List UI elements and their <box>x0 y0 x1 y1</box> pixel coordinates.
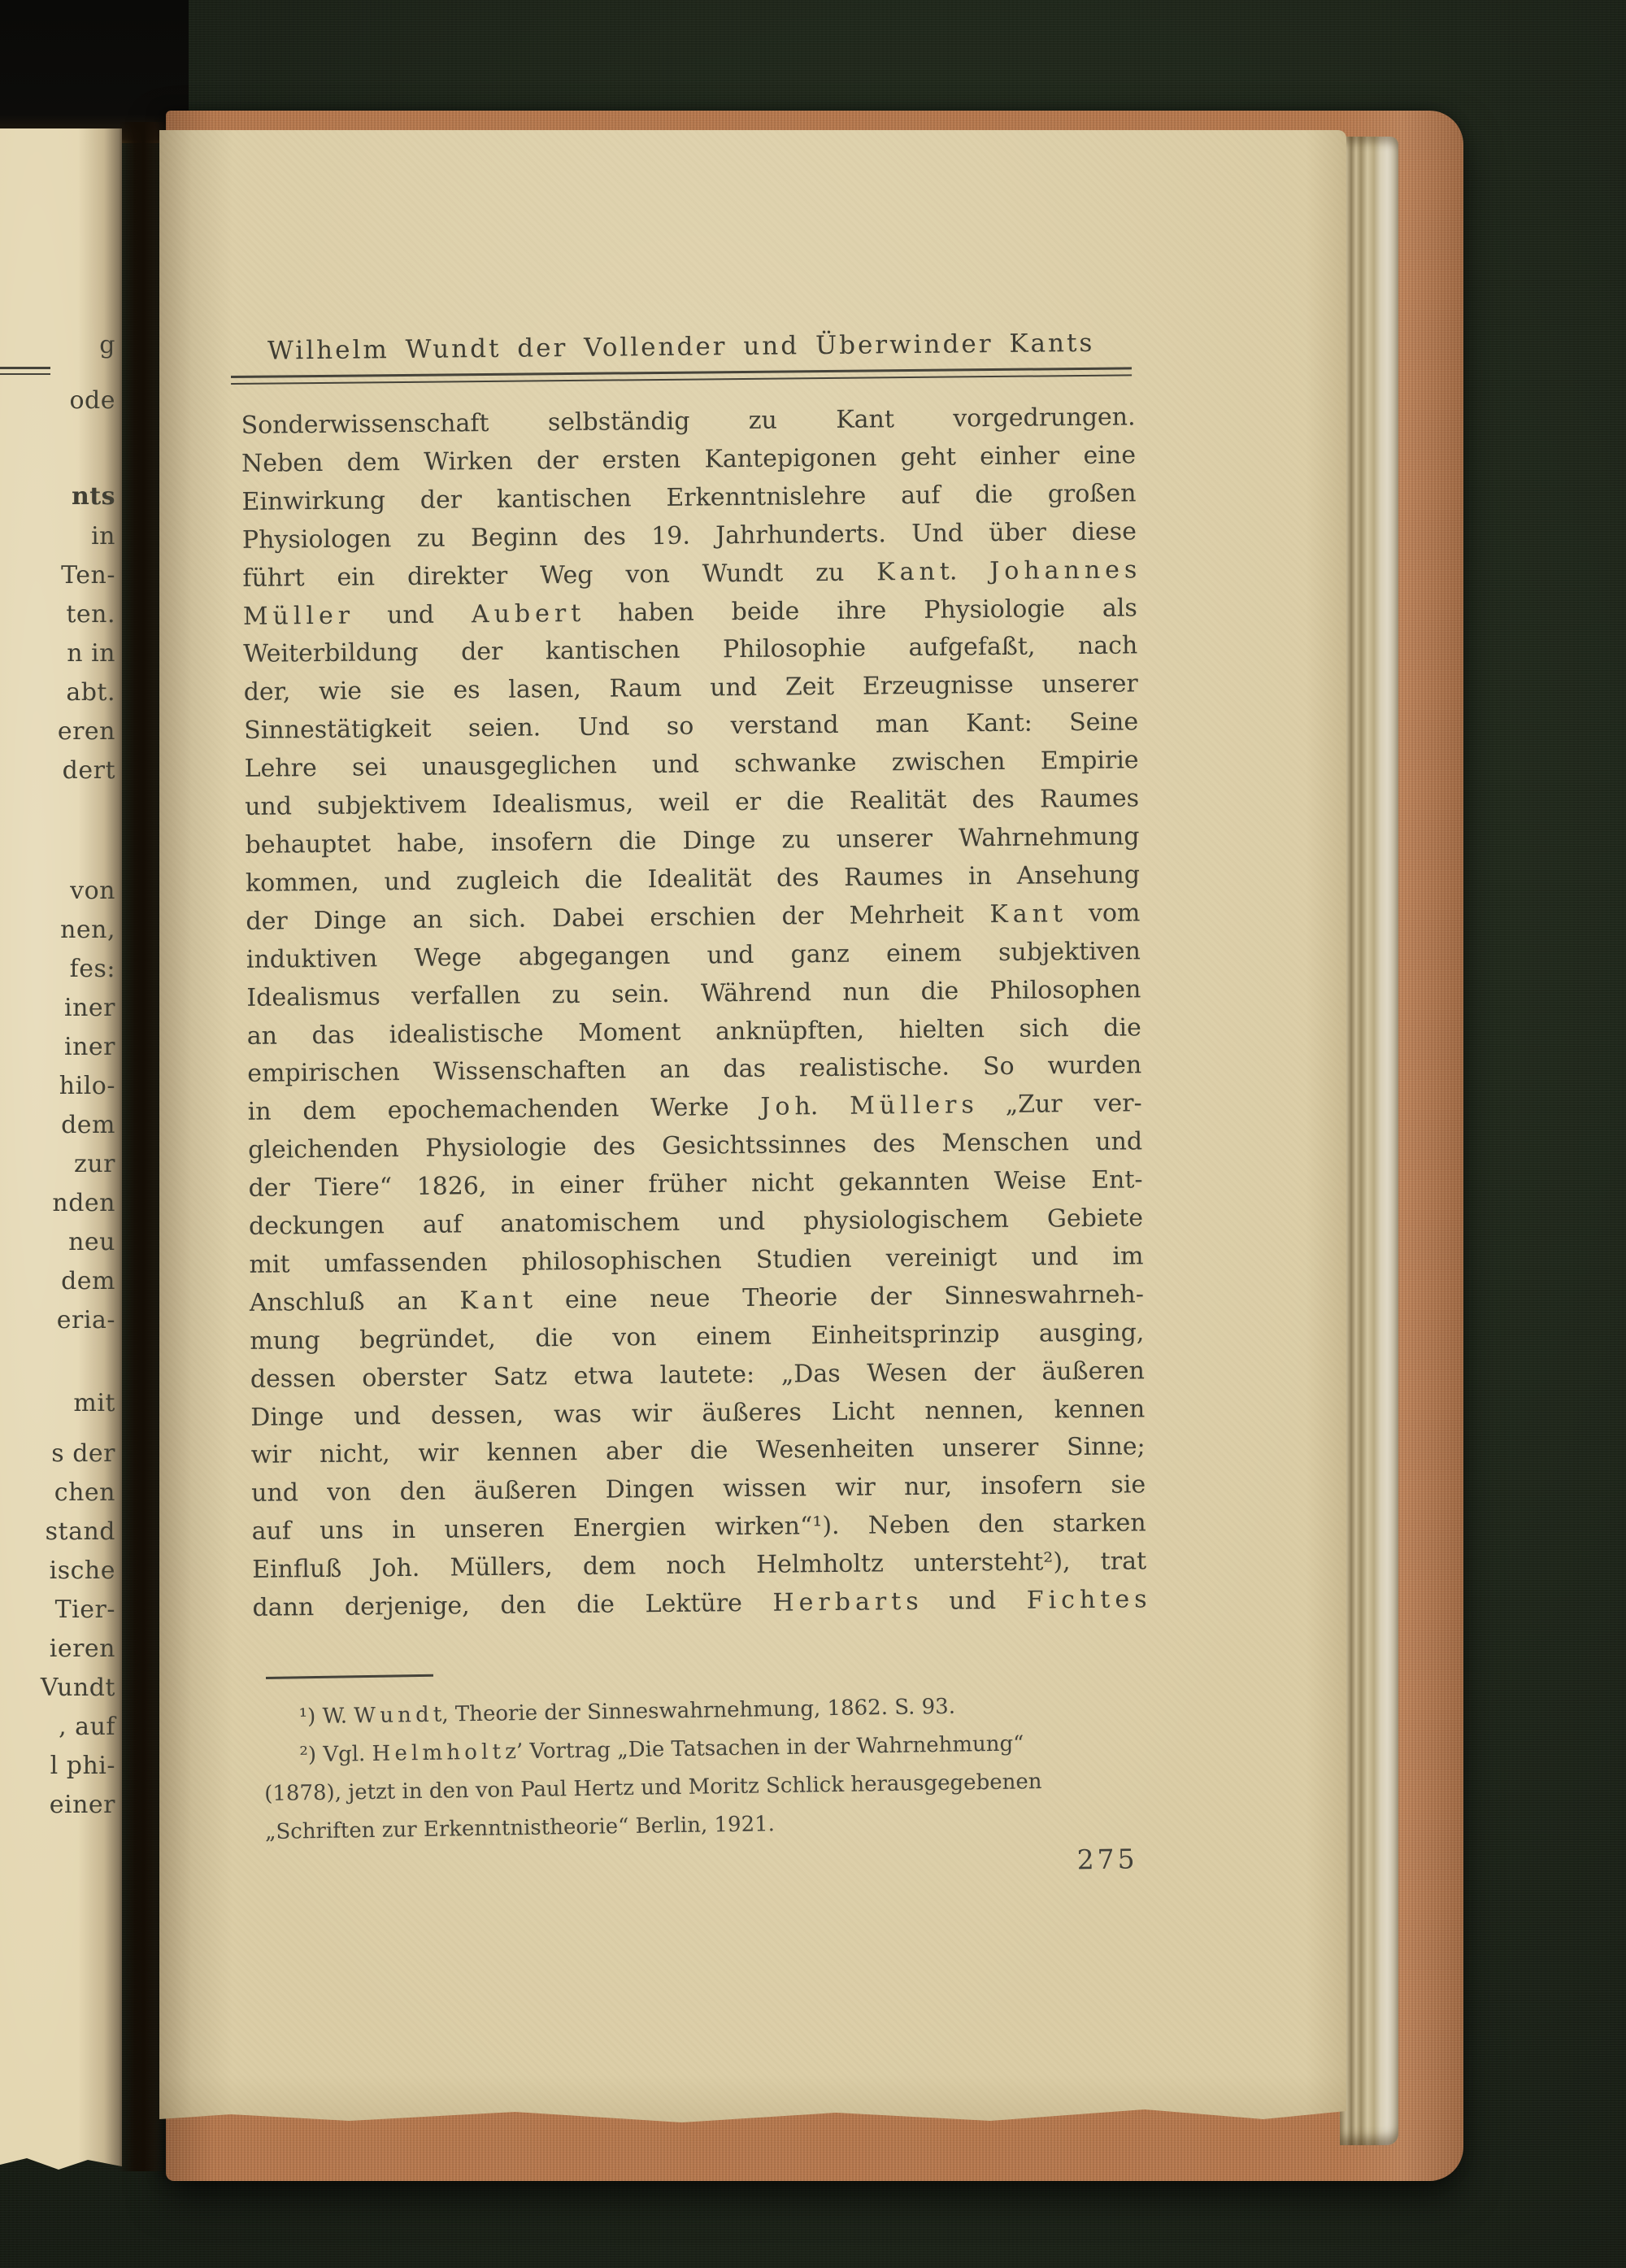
left-page-fragment: s der <box>51 1436 115 1472</box>
footnote-rule <box>266 1674 433 1679</box>
left-page-fragment: ten. <box>66 597 115 633</box>
left-page-fragment: in <box>91 519 115 555</box>
left-page-fragment: Vundt <box>41 1670 115 1706</box>
left-page-fragment: ode <box>69 383 115 419</box>
left-page-fragment: hilo- <box>59 1069 115 1104</box>
left-page-fragment: g <box>99 328 115 363</box>
book-photo: godentsinTen-ten.n inabt.erendertvonnen,… <box>0 0 1626 2268</box>
left-page: godentsinTen-ten.n inabt.erendertvonnen,… <box>0 128 122 2171</box>
left-page-fragment: ische <box>50 1553 115 1589</box>
body-text: Sonderwissenschaft selbständig zu Kant v… <box>241 398 1146 1627</box>
page-edge-stack <box>1340 137 1398 2145</box>
left-page-fragment: einer <box>50 1787 115 1823</box>
left-page-fragment: n in <box>67 636 115 672</box>
running-header: Wilhelm Wundt der Vollender und Überwind… <box>231 328 1132 366</box>
left-page-fragment: mit <box>73 1386 115 1421</box>
left-page-fragment: dem <box>61 1108 115 1143</box>
left-page-fragment: iner <box>64 990 115 1026</box>
left-page-fragment: l phi- <box>50 1748 115 1784</box>
left-page-fragment: , auf <box>59 1709 115 1745</box>
right-page: Wilhelm Wundt der Vollender und Überwind… <box>159 130 1346 2124</box>
left-page-fragment: chen <box>54 1475 115 1511</box>
body-line: dann derjenige, den die Lektüre H e r b … <box>252 1581 1146 1627</box>
gutter-shadow <box>119 122 164 2171</box>
header-double-rule <box>231 367 1132 385</box>
left-page-fragment: abt. <box>66 675 115 711</box>
left-page-fragment: Ten- <box>61 558 115 594</box>
left-page-fragment: von <box>70 873 115 909</box>
left-page-fragment: neu <box>68 1225 115 1260</box>
left-page-fragment: eria- <box>57 1303 115 1339</box>
left-page-fragment: nen, <box>60 912 115 948</box>
left-page-fragment: Tier- <box>55 1592 115 1628</box>
left-page-fragment: ieren <box>50 1631 115 1667</box>
left-page-fragment: eren <box>58 714 115 750</box>
left-page-fragment: dem <box>61 1264 115 1299</box>
left-page-fragment: dert <box>63 753 115 789</box>
left-page-fragment: nden <box>52 1186 115 1221</box>
left-page-fragment: stand <box>46 1514 115 1550</box>
page-text-layer: Wilhelm Wundt der Vollender und Überwind… <box>157 121 1363 2127</box>
footnotes: ¹) W. W u n d t, Theorie der Sinneswahrn… <box>263 1685 1159 1852</box>
left-page-fragment: fes: <box>70 951 115 987</box>
left-page-fragment: zur <box>74 1147 115 1182</box>
left-page-fragment: iner <box>64 1030 115 1065</box>
left-page-fragment: nts <box>72 479 115 515</box>
page-number: 275 <box>1076 1843 1138 1875</box>
left-header-rule <box>0 367 50 375</box>
